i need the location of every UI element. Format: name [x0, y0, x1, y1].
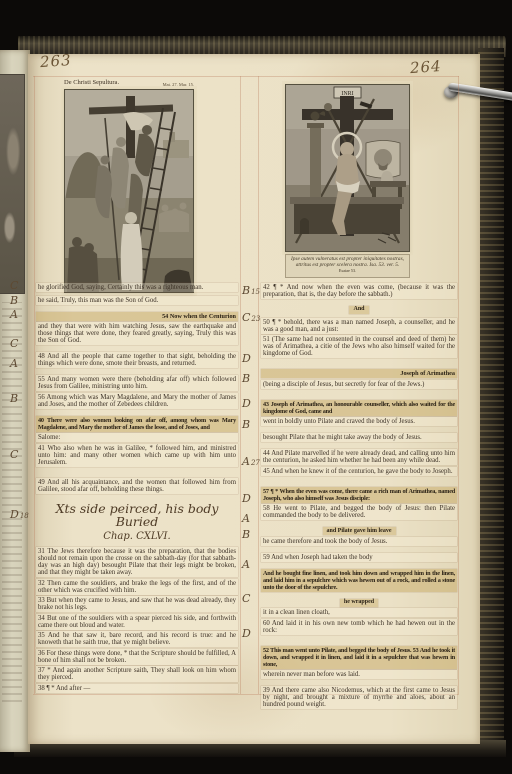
- paragraph: he glorified God, saying, Certainly this…: [36, 283, 238, 292]
- frame-rule-center-left: [240, 76, 241, 694]
- paragraph: 49 And all his acquaintance, and the wom…: [36, 478, 238, 494]
- engraving-deposition: De Christi Sepultura. Mat. 27. Mar. 15.: [64, 79, 194, 293]
- margin-letter: D18: [10, 508, 34, 521]
- paragraph: 32 Then came the souldiers, and brake th…: [36, 579, 238, 595]
- engraving-deposition-caption: De Christi Sepultura. Mat. 27. Mar. 15.: [64, 79, 194, 87]
- paragraph: And he bought fine linen, and took him d…: [261, 569, 457, 592]
- paragraph: 34 But one of the souldiers with a spear…: [36, 614, 238, 630]
- book-fore-edge: [478, 48, 504, 756]
- page-number-left: 263: [39, 51, 72, 71]
- paragraph: 43 Joseph of Arimathea, an honourable co…: [261, 400, 457, 416]
- paragraph: 35 And he that saw it, bare record, and …: [36, 631, 238, 647]
- margin-letter: A: [10, 308, 34, 321]
- margin-letter: A: [10, 357, 34, 370]
- paragraph: 58 He went to Pilate, and begged the bod…: [261, 504, 457, 520]
- paragraph: 51 (The same had not consented in the co…: [261, 335, 457, 358]
- paragraph: besought Pilate that he might take away …: [261, 433, 457, 442]
- paragraph: 39 And there came also Nicodemus, which …: [261, 686, 457, 709]
- caption-line-3: Esaiae 53.: [286, 268, 409, 274]
- paragraph: 42 ¶ * And now when the even was come, (…: [261, 283, 457, 299]
- paragraph: it in a clean linen cloath,: [261, 608, 457, 617]
- paragraph: and they that were with him watching Jes…: [36, 322, 238, 345]
- margin-letter: B: [10, 392, 34, 405]
- deposition-illustration: [64, 89, 194, 293]
- engraving-arma-christi: INRI Ipse autem vulneratus est: [285, 84, 410, 278]
- paragraph: 57 ¶ * When the even was come, there cam…: [261, 487, 457, 503]
- paragraph: 38 ¶ * And after —: [36, 684, 238, 693]
- paragraph: Salome:: [36, 433, 238, 442]
- paragraph: 56 Among which was Mary Magdalene, and M…: [36, 393, 238, 409]
- margin-letter: B: [10, 294, 34, 307]
- page-number-right: 264: [409, 57, 442, 77]
- paragraph: Xts side peirced, his body Buried: [36, 501, 238, 529]
- paragraph: 60 And laid it in his own new tomb which…: [261, 619, 457, 635]
- paragraph: went in boldly unto Pilate and craved th…: [261, 417, 457, 426]
- frame-rule-right: [458, 76, 459, 694]
- paragraph: and Pilate gave him leave: [323, 527, 396, 535]
- paragraph: 44 And Pilate marvelled if he were alrea…: [261, 449, 457, 465]
- left-text-column: he glorified God, saying, Certainly this…: [36, 281, 238, 693]
- paragraph: And: [349, 306, 368, 314]
- paragraph: 33 But when they came to Jesus, and saw …: [36, 596, 238, 612]
- paragraph: Joseph of Arimathea: [261, 369, 457, 378]
- paragraph: 59 And when Joseph had taken the body: [261, 553, 457, 562]
- paragraph: 55 And many women were there (beholding …: [36, 375, 238, 391]
- paragraph: he said, Truly, this man was the Son of …: [36, 296, 238, 305]
- paragraph: 40 There were also women looking on afar…: [36, 416, 238, 432]
- paragraph: he wrapped: [340, 599, 378, 607]
- paragraph: 36 For these things were done, * that th…: [36, 649, 238, 665]
- right-text-column: 42 ¶ * And now when the even was come, (…: [261, 281, 457, 709]
- paragraph: 41 Who also when he was in Galilee, * fo…: [36, 444, 238, 467]
- paragraph: (being a disciple of Jesus, but secretly…: [261, 380, 457, 389]
- engraving-arma-christi-caption: Ipse autem vulneratus est propter iniqui…: [285, 254, 410, 278]
- arma-christi-illustration: INRI: [285, 84, 410, 252]
- paragraph: 48 And all the people that came together…: [36, 352, 238, 368]
- margin-letter: C: [10, 279, 34, 292]
- paragraph: 31 The Jews therefore because it was the…: [36, 547, 238, 577]
- paragraph: 50 ¶ * behold, there was a man named Jos…: [261, 318, 457, 334]
- engraving-deposition-ref: Mat. 27. Mar. 15.: [163, 82, 194, 87]
- frame-rule-left: [34, 76, 35, 694]
- engraving-deposition-title: De Christi Sepultura.: [64, 79, 119, 87]
- paragraph: Chap. CXLVI.: [36, 530, 238, 543]
- paragraph: 45 And when he knew it of the centurion,…: [261, 467, 457, 476]
- margin-letter: C: [10, 337, 34, 350]
- paragraph: 37 * And again another Scripture saith, …: [36, 666, 238, 682]
- margin-letter: C: [10, 448, 34, 461]
- paragraph: he came therefore and took the body of J…: [261, 537, 457, 546]
- paragraph: wherein never man before was laid.: [261, 670, 457, 679]
- frame-rule-top: [33, 76, 459, 77]
- paragraph: 54 Now when the Centurion: [36, 312, 238, 321]
- paragraph: 52 This man went unto Pilate, and begged…: [261, 646, 457, 669]
- facing-page-engraving-sliver: [0, 74, 25, 294]
